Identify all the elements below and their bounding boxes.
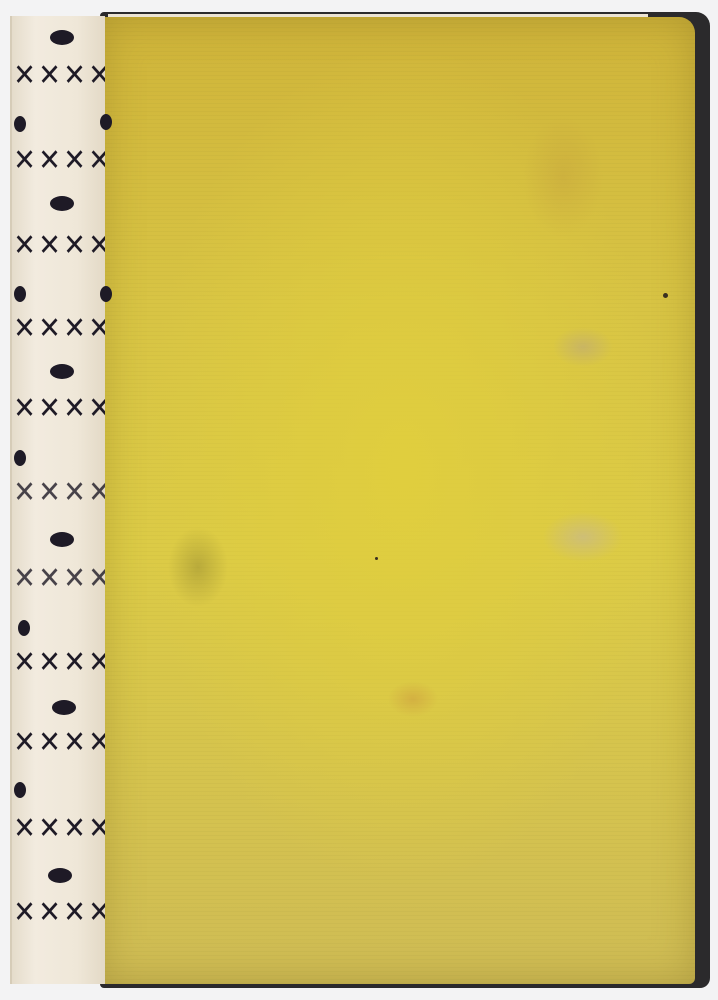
book-photo: ✕✕✕✕ ✕✕✕✕ ✕✕✕✕ ✕✕✕✕ ✕✕✕✕ ✕✕✕✕ ✕✕✕✕ ✕✕✕✕ … [0,0,718,1000]
spine-cross-ornament: ✕ [38,648,61,678]
spine-cross-row: ✕✕✕✕ [12,648,105,678]
spine-cross-ornament: ✕ [38,314,61,344]
spine-cross-ornament: ✕ [64,478,87,508]
spine-cross-ornament: ✕ [89,394,105,424]
spine-cross-ornament: ✕ [64,146,87,176]
cover-speck [663,293,668,298]
spine-cross-ornament: ✕ [13,394,36,424]
spine-cross-ornament: ✕ [89,648,105,678]
cover-speck [375,557,378,560]
spine-cross-ornament: ✕ [13,898,36,928]
spine-dot-ornament [50,30,74,45]
spine-cross-ornament: ✕ [89,314,105,344]
spine-cross-ornament: ✕ [64,648,87,678]
spine-cross-ornament: ✕ [38,564,61,594]
spine-cross-ornament: ✕ [64,394,87,424]
spine-cross-ornament: ✕ [13,146,36,176]
spine-cross-row: ✕✕✕✕ [12,231,105,261]
spine-cross-ornament: ✕ [89,61,105,91]
spine-cross-ornament: ✕ [89,728,105,758]
spine-cross-ornament: ✕ [38,146,61,176]
spine-cross-ornament: ✕ [13,478,36,508]
spine-cross-ornament: ✕ [38,728,61,758]
spine-cross-ornament: ✕ [64,564,87,594]
spine-cross-row: ✕✕✕✕ [12,728,105,758]
spine-dot-ornament [100,114,112,130]
spine-cross-ornament: ✕ [38,231,61,261]
spine-cross-ornament: ✕ [13,61,36,91]
spine-cross-ornament: ✕ [89,814,105,844]
spine-dot-ornament [48,868,72,883]
spine-cross-ornament: ✕ [13,314,36,344]
spine-cross-row: ✕✕✕✕ [12,394,105,424]
spine-dot-ornament [50,364,74,379]
spine-dot-ornament [14,782,26,798]
spine-cross-row: ✕✕✕✕ [12,564,105,594]
spine-dot-ornament [14,450,26,466]
spine-cross-ornament: ✕ [89,564,105,594]
spine-cross-ornament: ✕ [89,231,105,261]
spine-dot-ornament [52,700,76,715]
spine-cross-row: ✕✕✕✕ [12,146,105,176]
spine-cross-ornament: ✕ [64,61,87,91]
spine-cross-row: ✕✕✕✕ [12,314,105,344]
spine-dot-ornament [14,286,26,302]
spine-cross-ornament: ✕ [64,898,87,928]
spine-cross-ornament: ✕ [64,728,87,758]
spine-dot-ornament [100,286,112,302]
spine-cross-ornament: ✕ [38,898,61,928]
spine-dot-ornament [50,196,74,211]
spine-cross-ornament: ✕ [13,728,36,758]
spine-cross-ornament: ✕ [89,146,105,176]
spine-dot-ornament [50,532,74,547]
spine-cross-ornament: ✕ [64,814,87,844]
spine-cross-ornament: ✕ [64,314,87,344]
spine-cross-ornament: ✕ [13,648,36,678]
spine-cross-ornament: ✕ [13,814,36,844]
decorated-spine: ✕✕✕✕ ✕✕✕✕ ✕✕✕✕ ✕✕✕✕ ✕✕✕✕ ✕✕✕✕ ✕✕✕✕ ✕✕✕✕ … [10,16,105,984]
spine-cross-ornament: ✕ [64,231,87,261]
spine-cross-ornament: ✕ [13,231,36,261]
spine-cross-row: ✕✕✕✕ [12,814,105,844]
spine-cross-row: ✕✕✕✕ [12,898,105,928]
spine-cross-ornament: ✕ [38,61,61,91]
spine-cross-ornament: ✕ [13,564,36,594]
spine-cross-row: ✕✕✕✕ [12,61,105,91]
spine-dot-ornament [18,620,30,636]
spine-cross-ornament: ✕ [89,478,105,508]
spine-cross-ornament: ✕ [38,478,61,508]
yellow-front-cover [103,17,695,984]
spine-cross-ornament: ✕ [38,394,61,424]
spine-dot-ornament [14,116,26,132]
spine-cross-ornament: ✕ [38,814,61,844]
spine-cross-ornament: ✕ [89,898,105,928]
spine-cross-row: ✕✕✕✕ [12,478,105,508]
